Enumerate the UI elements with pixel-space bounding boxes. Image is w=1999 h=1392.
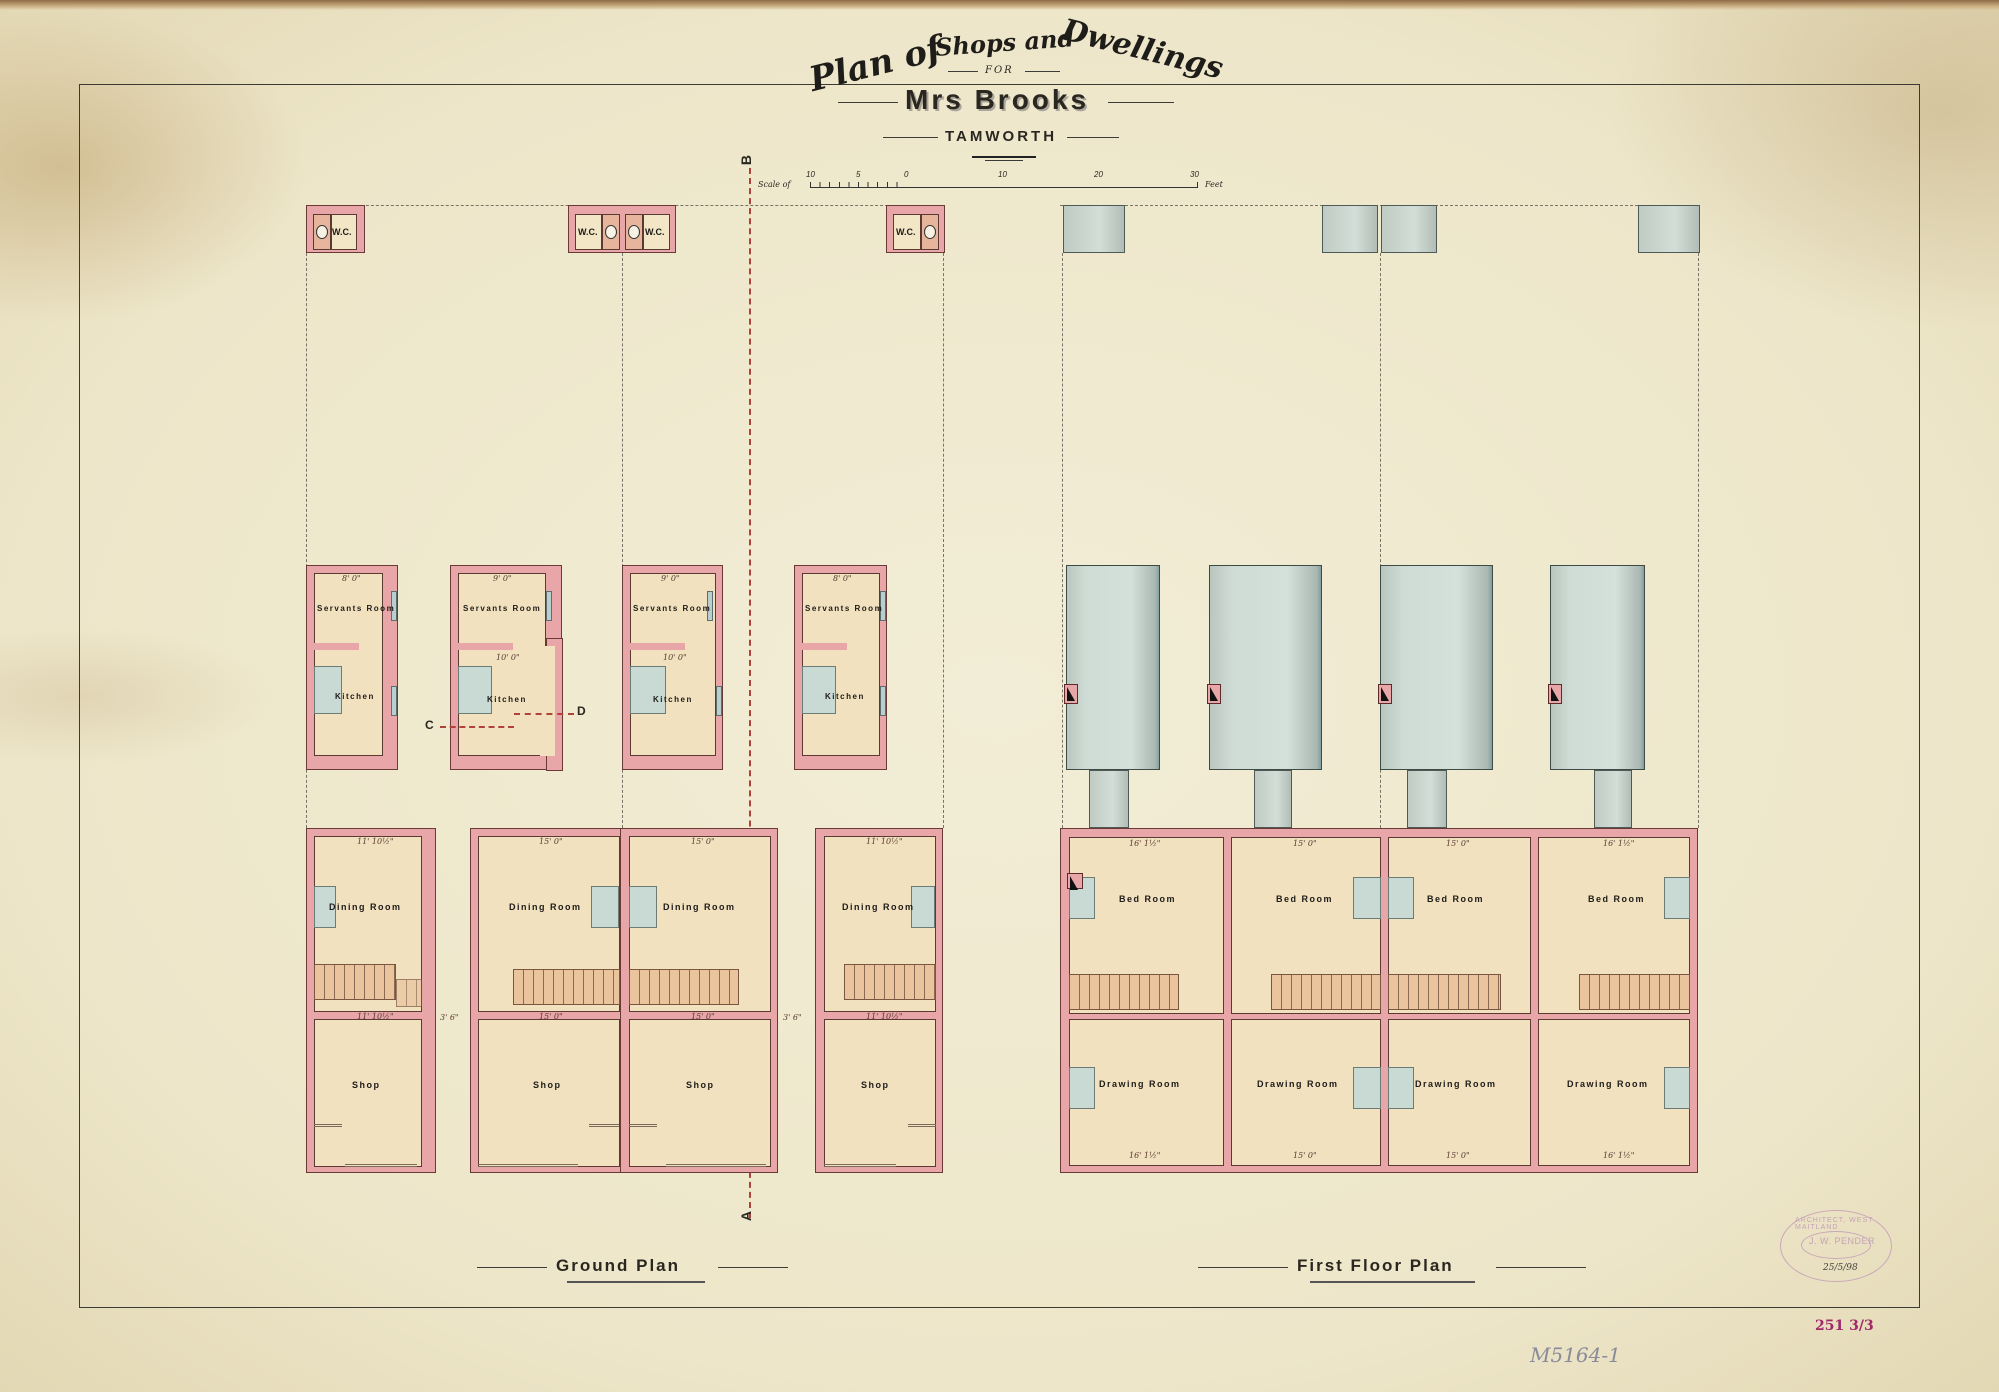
section-marker-a: A — [738, 1211, 754, 1221]
wc-roof — [1063, 205, 1125, 253]
back-wing-unit-4: Servants Room Kitchen 8' 0" — [794, 565, 887, 770]
kitchen-roof-4 — [1550, 565, 1645, 770]
title-flourish — [985, 160, 1023, 161]
first-floor-plan-title: First Floor Plan — [1297, 1256, 1454, 1276]
back-wing-unit-3: Servants Room Kitchen 9' 0" 10' 0" — [622, 565, 723, 770]
passage-roof — [1254, 770, 1292, 828]
wc-block: W.C. — [306, 205, 365, 253]
yard-boundary — [943, 253, 944, 828]
title-location: TAMWORTH — [945, 128, 1057, 145]
back-wing-unit-2: Servants Room Kitchen 9' 0" 10' 0" — [450, 565, 562, 770]
plan-title-rule — [477, 1267, 547, 1268]
passage-roof — [1594, 770, 1632, 828]
title-rule — [948, 71, 978, 72]
wc-roof — [1381, 205, 1437, 253]
title-flourish — [972, 156, 1036, 158]
passage-roof — [1407, 770, 1447, 828]
sheet-reference: 251 3/3 — [1815, 1318, 1874, 1334]
ground-unit-2: Dining Room Shop 15' 0" 15' 0" — [470, 828, 626, 1173]
scale-tick: 10 — [998, 170, 1007, 179]
ground-unit-1: Dining Room Shop 11' 10½" 11' 10½" — [306, 828, 436, 1173]
wc-roof — [1322, 205, 1378, 253]
yard-boundary — [1062, 253, 1063, 828]
title-client: Mrs Brooks — [905, 84, 1089, 116]
title-rule — [1108, 102, 1174, 103]
wc-block: W.C. — [886, 205, 945, 253]
catalogue-number: M5164-1 — [1530, 1343, 1621, 1367]
kitchen-roof-2 — [1209, 565, 1322, 770]
passage-dim: 3' 6" — [440, 1013, 459, 1022]
scale-unit: Feet — [1205, 180, 1223, 189]
ground-unit-3: Dining Room Shop 15' 0" 15' 0" — [620, 828, 778, 1173]
scale-tick: 20 — [1094, 170, 1103, 179]
ground-plan-title: Ground Plan — [556, 1256, 680, 1276]
scale-tick: 5 — [856, 170, 860, 179]
plan-title-rule — [1496, 1267, 1586, 1268]
section-marker-b: B — [738, 155, 754, 165]
plan-title-underline — [567, 1281, 705, 1283]
passage-roof — [1089, 770, 1129, 828]
plan-title-underline — [1310, 1281, 1475, 1283]
plan-title-rule — [1198, 1267, 1288, 1268]
first-floor-block: Bed Room Drawing Room 16' 1½" 16' 1½" Be… — [1060, 828, 1698, 1173]
title-rule — [838, 102, 898, 103]
scale-tick: 30 — [1190, 170, 1199, 179]
scale-tick: 0 — [904, 170, 908, 179]
yard-boundary — [1060, 205, 1698, 206]
plan-title-rule — [718, 1267, 788, 1268]
wc-roof — [1638, 205, 1700, 253]
back-wing-unit-1: Servants Room Kitchen 8' 0" — [306, 565, 398, 770]
title-for: FOR — [985, 65, 1014, 76]
section-marker-c: C — [425, 718, 434, 732]
ground-unit-4: Dining Room Shop 11' 10½" 11' 10½" — [815, 828, 943, 1173]
section-line-cd — [440, 726, 514, 728]
title-rule — [883, 137, 938, 138]
title-rule — [1067, 137, 1119, 138]
passage-dim: 3' 6" — [783, 1013, 802, 1022]
scale-tick: 10 — [806, 170, 815, 179]
section-line-cd — [514, 713, 574, 715]
title-rule — [1025, 71, 1060, 72]
scale-label: Scale of — [758, 180, 790, 189]
kitchen-roof-3 — [1380, 565, 1493, 770]
scale-subdivisions — [810, 182, 906, 187]
paper-edge-stain — [0, 0, 1999, 10]
section-marker-d: D — [577, 704, 586, 718]
architect-stamp: ARCHITECT, WEST MAITLAND J. W. PENDER 25… — [1780, 1210, 1892, 1282]
kitchen-roof-1 — [1066, 565, 1160, 770]
wc-block-pair: W.C. W.C. — [568, 205, 676, 253]
yard-boundary — [1698, 253, 1699, 828]
